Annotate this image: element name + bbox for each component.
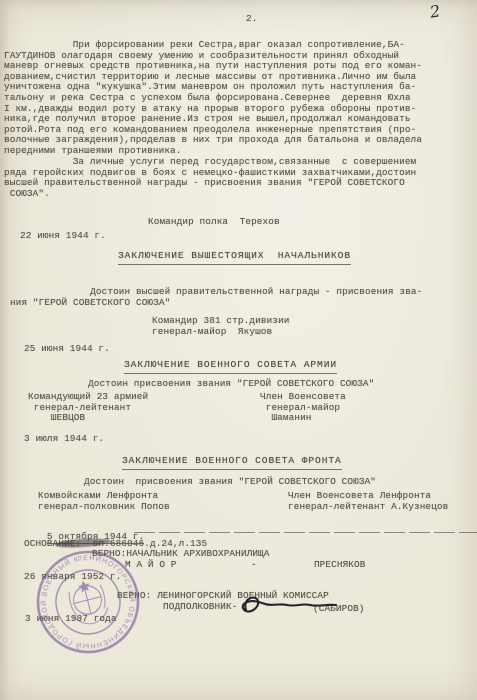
- army-verdict: Достоин присвоения звания "ГЕРОЙ СОВЕТСК…: [88, 379, 374, 390]
- front-left-signer: Комвойсками Ленфронта генерал-полковник …: [38, 491, 170, 512]
- army-right-signer: Член Военсовета генерал-майор Шаманин: [260, 392, 346, 424]
- handwritten-page-number: 2: [429, 1, 442, 21]
- front-verdict: Достоин присвоения звания "ГЕРОЙ СОВЕТСК…: [84, 477, 376, 488]
- heading-army-conclusion: ЗАКЛЮЧЕНИЕ ВОЕННОГО СОВЕТА АРМИИ: [124, 360, 337, 374]
- typed-page-number: 2.: [246, 14, 257, 25]
- superiors-verdict: Достоин высшей правительственной награды…: [10, 287, 422, 308]
- commissar-rank: ПОДПОЛКОВНИК-: [163, 602, 237, 613]
- superiors-date: 25 июня 1944 г.: [24, 344, 110, 355]
- front-right-signer: Член Военсовета Ленфронта генерал-лейтен…: [288, 491, 448, 512]
- army-left-signer: Командующий 23 армией генерал-лейтенант …: [28, 392, 148, 424]
- heading-superiors-conclusion: ЗАКЛЮЧЕНИЕ ВЫШЕСТОЯЩИХ НАЧАЛЬНИКОВ: [118, 251, 351, 265]
- regiment-date: 22 июня 1944 г.: [20, 231, 106, 242]
- body-paragraph-2: За личные услуги перед государством,связ…: [4, 157, 416, 199]
- round-stamp: ЛЕНИНОГОРСКИЙ ОБЪЕДИНЕННЫЙ ГОРОДСКОЙ ВОЕ…: [10, 532, 165, 673]
- typed-rule: [134, 532, 477, 533]
- archive-rank-line: М А Й О Р - ПРЕСНЯКОВ: [125, 560, 366, 571]
- regiment-signer: Командир полка Терехов: [148, 217, 280, 228]
- scanned-document-page: 2. 2 При форсировании реки Сестра,враг о…: [0, 0, 477, 700]
- heading-front-conclusion: ЗАКЛЮЧЕНИЕ ВОЕННОГО СОВЕТА ФРОНТА: [122, 456, 342, 470]
- army-date: 3 июля 1944 г.: [24, 434, 104, 445]
- superiors-signer: Командир 381 стр.дивизии генерал-майор Я…: [152, 316, 289, 337]
- handwritten-signature: [232, 590, 342, 622]
- body-paragraph-1: При форсировании реки Сестра,враг оказал…: [4, 40, 422, 157]
